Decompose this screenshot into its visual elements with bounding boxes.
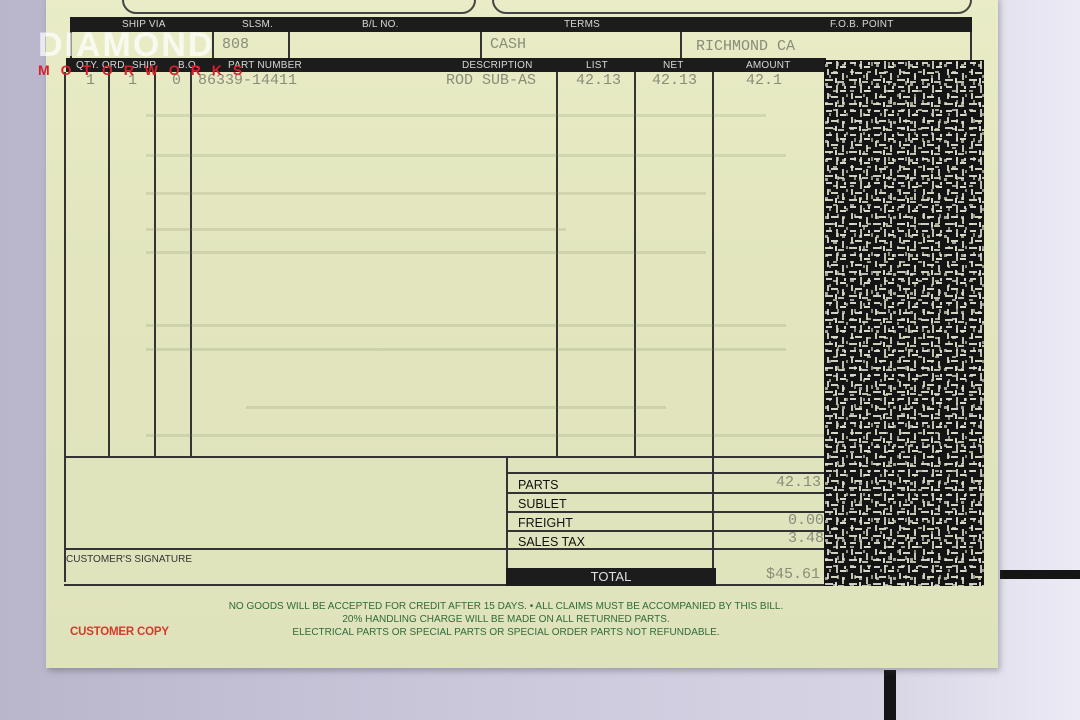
sublet-label: SUBLET: [518, 497, 567, 511]
watermark-main: DIAMOND: [38, 30, 253, 60]
net-price: 42.13: [652, 72, 697, 89]
totals-row-line: [64, 548, 828, 550]
col-net: NET: [663, 60, 684, 71]
address-box-right: [492, 0, 972, 14]
col-slsm: SLSM.: [242, 19, 273, 30]
divider: [634, 72, 636, 456]
col-bl-no: B/L NO.: [362, 19, 399, 30]
customer-signature-label: CUSTOMER'S SIGNATURE: [66, 554, 192, 565]
invoice-paper: SHIP VIA SLSM. B/L NO. TERMS F.O.B. POIN…: [46, 0, 998, 668]
redaction-noise-pattern: [824, 60, 984, 586]
tile-grout-horizontal: [1000, 570, 1080, 579]
col-terms: TERMS: [564, 19, 600, 30]
terms-value: CASH: [490, 36, 526, 53]
description: ROD SUB-AS: [446, 72, 536, 89]
col-amount: AMOUNT: [746, 60, 791, 71]
bleed-through-text: [146, 434, 826, 437]
tile-grout-vertical: [884, 670, 896, 720]
col-description: DESCRIPTION: [462, 60, 533, 71]
divider: [64, 72, 66, 582]
bleed-through-text: [146, 192, 706, 195]
divider: [190, 72, 192, 456]
totals-row-line: [506, 492, 828, 494]
bleed-through-text: [146, 228, 566, 231]
total-label: TOTAL: [506, 568, 716, 586]
bleed-through-text: [246, 406, 666, 409]
bleed-through-text: [146, 114, 766, 117]
freight-value: 0.00: [788, 512, 824, 529]
total-label-text: TOTAL: [591, 569, 632, 584]
watermark-sub: MOTORWORKS: [38, 62, 253, 78]
totals-top: [64, 456, 828, 458]
footer-line-3: ELECTRICAL PARTS OR SPECIAL PARTS OR SPE…: [126, 626, 886, 639]
bleed-through-text: [146, 348, 786, 351]
bleed-through-text: [146, 251, 706, 254]
divider: [154, 72, 156, 456]
bleed-through-text: [146, 154, 786, 157]
footer-terms: NO GOODS WILL BE ACCEPTED FOR CREDIT AFT…: [126, 600, 886, 639]
parts-value: 42.13: [776, 474, 821, 491]
col-list: LIST: [586, 60, 608, 71]
footer-line-2: 20% HANDLING CHARGE WILL BE MADE ON ALL …: [126, 613, 886, 626]
redacted-region: [824, 60, 984, 586]
list-price: 42.13: [576, 72, 621, 89]
col-fob-point: F.O.B. POINT: [830, 19, 894, 30]
diamond-motorworks-watermark: DIAMOND MOTORWORKS: [38, 30, 253, 78]
parts-label: PARTS: [518, 478, 559, 492]
sales-tax-value: 3.48: [788, 530, 824, 547]
divider: [556, 72, 558, 456]
totals-row-line: [506, 511, 828, 513]
amount: 42.1: [746, 72, 782, 89]
total-value: $45.61: [766, 566, 820, 583]
divider: [970, 32, 972, 62]
address-box-left: [122, 0, 476, 14]
divider: [506, 456, 508, 582]
fob-point-value: RICHMOND CA: [696, 38, 795, 55]
divider: [712, 72, 714, 582]
bleed-through-text: [146, 324, 786, 327]
divider: [108, 72, 110, 456]
customer-copy-label: CUSTOMER COPY: [70, 626, 169, 638]
sales-tax-label: SALES TAX: [518, 535, 585, 549]
footer-line-1: NO GOODS WILL BE ACCEPTED FOR CREDIT AFT…: [126, 600, 886, 613]
freight-label: FREIGHT: [518, 516, 573, 530]
totals-row-line: [506, 530, 828, 532]
